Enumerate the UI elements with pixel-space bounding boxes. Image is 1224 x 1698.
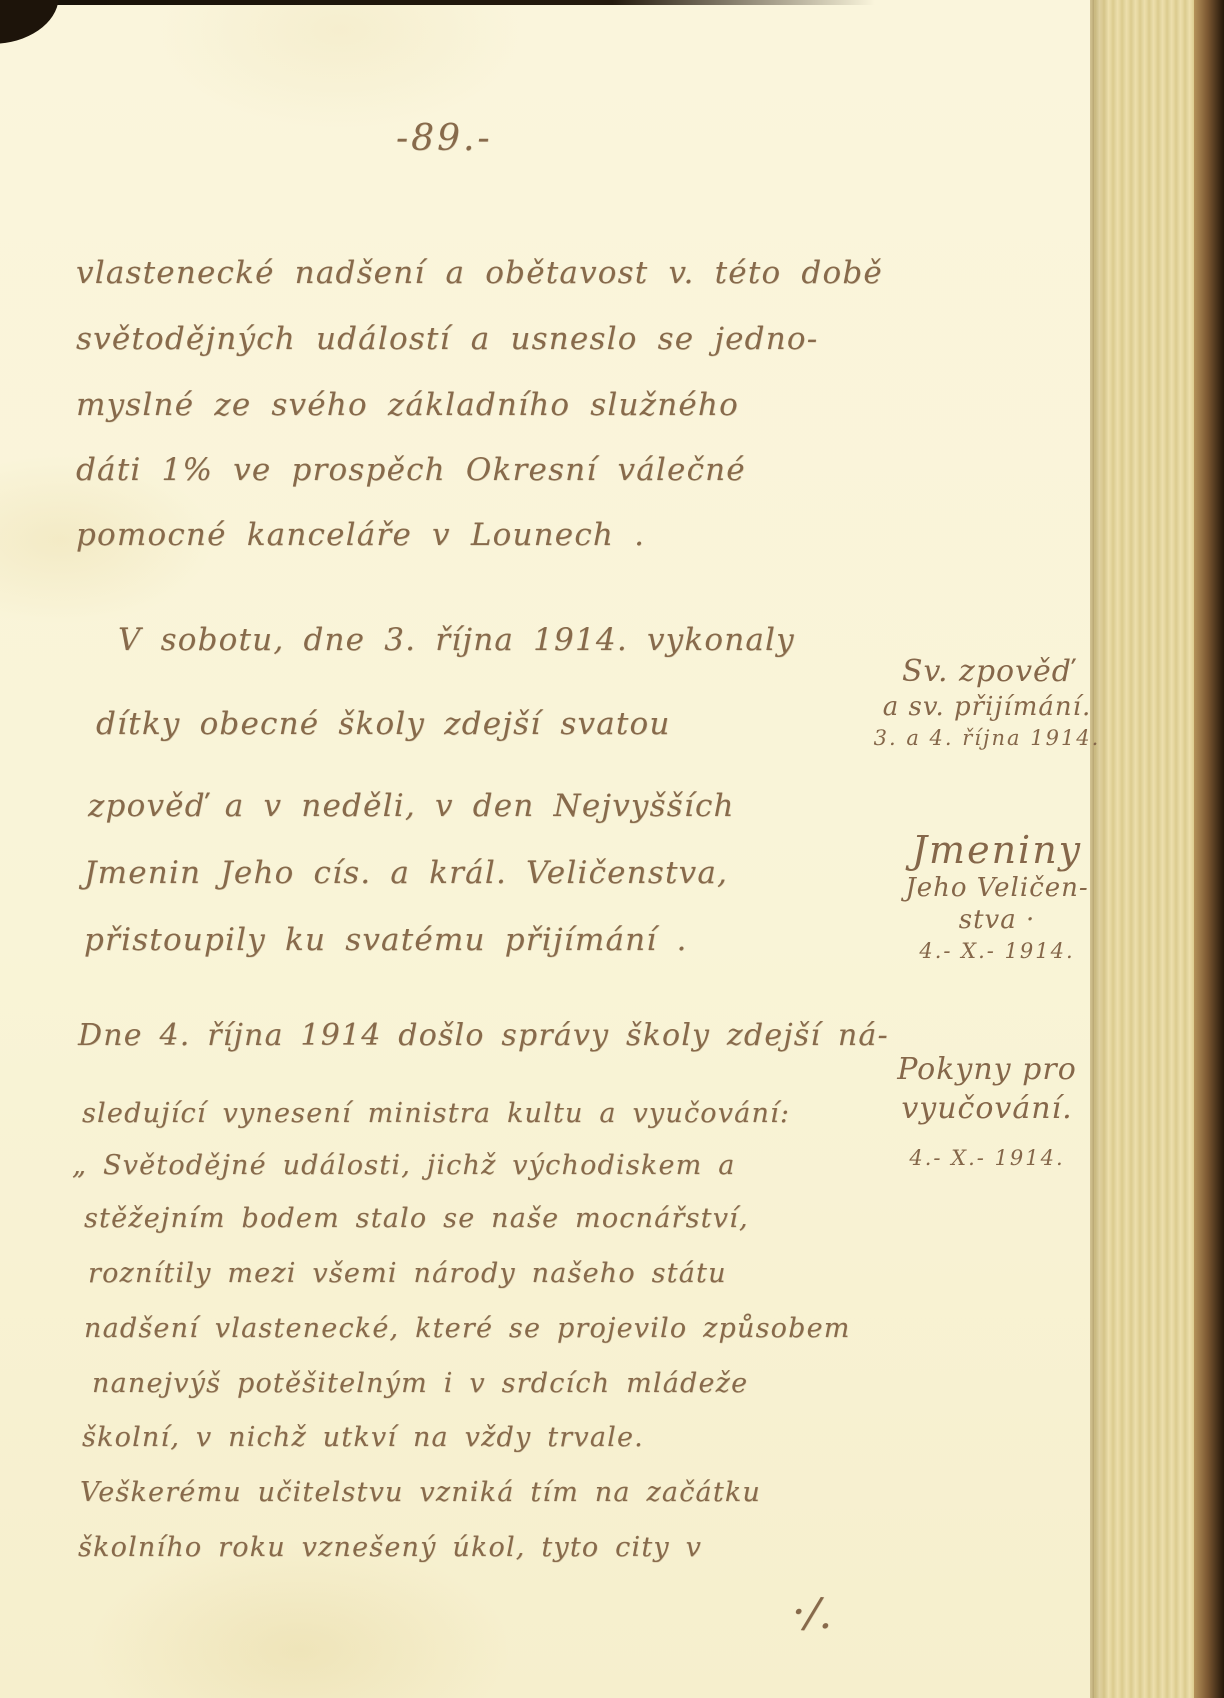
continuation-mark: ·/. [790, 1587, 834, 1639]
margin-note-line: Sv. zpověď [852, 652, 1122, 691]
margin-note-line: Pokyny pro [852, 1050, 1122, 1089]
handwritten-line: Veškerému učitelstvu vzniká tím na začát… [80, 1477, 761, 1508]
margin-note-namesday: Jmeniny Jeho Veličen- stva · 4.- X.- 191… [862, 830, 1132, 966]
margin-note-date: 3. a 4. října 1914. [852, 724, 1122, 753]
handwritten-line: stěžejním bodem stalo se naše mocnářství… [84, 1203, 749, 1234]
margin-note-confession: Sv. zpověď a sv. přijímání. 3. a 4. říjn… [852, 652, 1122, 753]
handwritten-line: školního roku vznešený úkol, tyto city v [78, 1532, 702, 1563]
book-cover-edge [1194, 0, 1224, 1698]
margin-note-line: Jmeniny [862, 830, 1132, 872]
handwritten-line: školní, v nichž utkví na vždy trvale. [82, 1422, 644, 1453]
handwritten-line: pomocné kanceláře v Lounech . [76, 517, 645, 553]
handwritten-line: V sobotu, dne 3. října 1914. vykonaly [118, 622, 795, 658]
handwritten-line: nanejvýš potěšitelným i v srdcích mládež… [92, 1368, 748, 1399]
handwritten-line: myslné ze svého základního služného [76, 387, 739, 423]
handwritten-line: Jmenin Jeho cís. a král. Veličenstva, [84, 855, 728, 891]
handwritten-line: dítky obecné školy zdejší svatou [96, 706, 671, 742]
handwritten-line: Dne 4. října 1914 došlo správy školy zde… [78, 1018, 889, 1053]
handwritten-line: sledující vynesení ministra kultu a vyuč… [82, 1098, 790, 1129]
margin-note-date: 4.- X.- 1914. [852, 1144, 1122, 1173]
chronicle-page: -89.- vlastenecké nadšení a obětavost v.… [0, 0, 1224, 1698]
page-number: -89.- [396, 118, 493, 159]
margin-note-line: stva · [862, 904, 1132, 937]
handwritten-line: vlastenecké nadšení a obětavost v. této … [76, 255, 883, 291]
handwritten-line: roznítily mezi všemi národy našeho státu [88, 1258, 727, 1289]
handwritten-line: zpověď a v neděli, v den Nejvyšších [88, 788, 735, 824]
margin-note-line: vyučování. [852, 1089, 1122, 1128]
handwritten-line: dáti 1% ve prospěch Okresní válečné [76, 452, 746, 488]
margin-note-instructions: Pokyny pro vyučování. 4.- X.- 1914. [852, 1050, 1122, 1173]
margin-note-line: a sv. přijímání. [852, 691, 1122, 724]
margin-note-date: 4.- X.- 1914. [862, 937, 1132, 966]
margin-note-line: Jeho Veličen- [862, 872, 1132, 905]
handwritten-line: nadšení vlastenecké, které se projevilo … [84, 1313, 851, 1344]
handwritten-line: světodějných událostí a usneslo se jedno… [76, 321, 818, 357]
handwritten-line: „ Světodějné události, jichž východiskem… [72, 1150, 736, 1181]
handwritten-line: přistoupily ku svatému přijímání . [84, 922, 688, 958]
scan-shadow-top [0, 0, 875, 5]
scan-shadow-corner [0, 0, 62, 45]
